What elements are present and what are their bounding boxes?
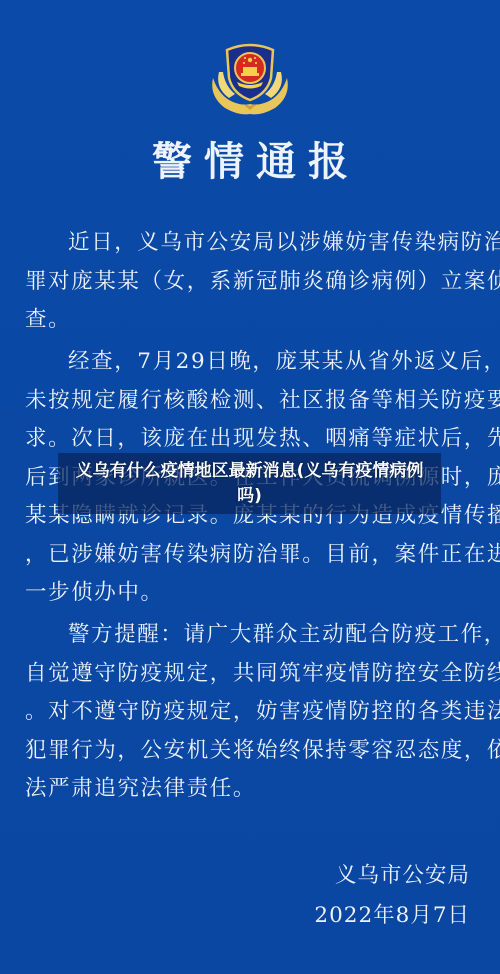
- caption-overlay: 义乌有什么疫情地区最新消息(义乌有疫情病例吗): [58, 453, 441, 514]
- police-emblem-icon: [205, 38, 295, 118]
- paragraph-police-reminder: 警方提醒：请广大群众主动配合防疫工作， 自觉遵守防疫规定，共同筑牢疫情防控安全防…: [25, 616, 477, 809]
- text-line: 。对不遵守防疫规定，妨害疫情防控的各类违法: [25, 693, 477, 732]
- text-line: 自觉遵守防疫规定，共同筑牢疫情防控安全防线: [25, 655, 477, 694]
- text-line: 未按规定履行核酸检测、社区报备等相关防疫要: [25, 382, 477, 421]
- text-line: 罪对庞某某（女，系新冠肺炎确诊病例）立案侦: [25, 263, 477, 302]
- text-line: 法严肃追究法律责任。: [25, 770, 477, 809]
- text-line: 经查，7月29日晚，庞某某从省外返义后，: [25, 343, 477, 382]
- signature-organization: 义乌市公安局: [300, 858, 470, 889]
- text-line: 犯罪行为，公安机关将始终保持零容忍态度，依: [25, 732, 477, 771]
- caption-title: 义乌有什么疫情地区最新消息(义乌有疫情病例吗): [70, 459, 430, 509]
- signature-date: 2022年8月7日: [300, 898, 470, 929]
- text-line: 一步侦办中。: [25, 574, 477, 613]
- police-notice-poster: 警情通报 近日，义乌市公安局以涉嫌妨害传染病防治 罪对庞某某（女，系新冠肺炎确诊…: [0, 0, 500, 974]
- text-line: ，已涉嫌妨害传染病防治罪。目前，案件正在进: [25, 536, 477, 575]
- text-line: 查。: [25, 301, 477, 340]
- notice-title: 警情通报: [0, 137, 500, 187]
- text-line: 近日，义乌市公安局以涉嫌妨害传染病防治: [25, 224, 477, 263]
- paragraph-case-filed: 近日，义乌市公安局以涉嫌妨害传染病防治 罪对庞某某（女，系新冠肺炎确诊病例）立案…: [25, 224, 477, 340]
- text-line: 警方提醒：请广大群众主动配合防疫工作，: [25, 616, 477, 655]
